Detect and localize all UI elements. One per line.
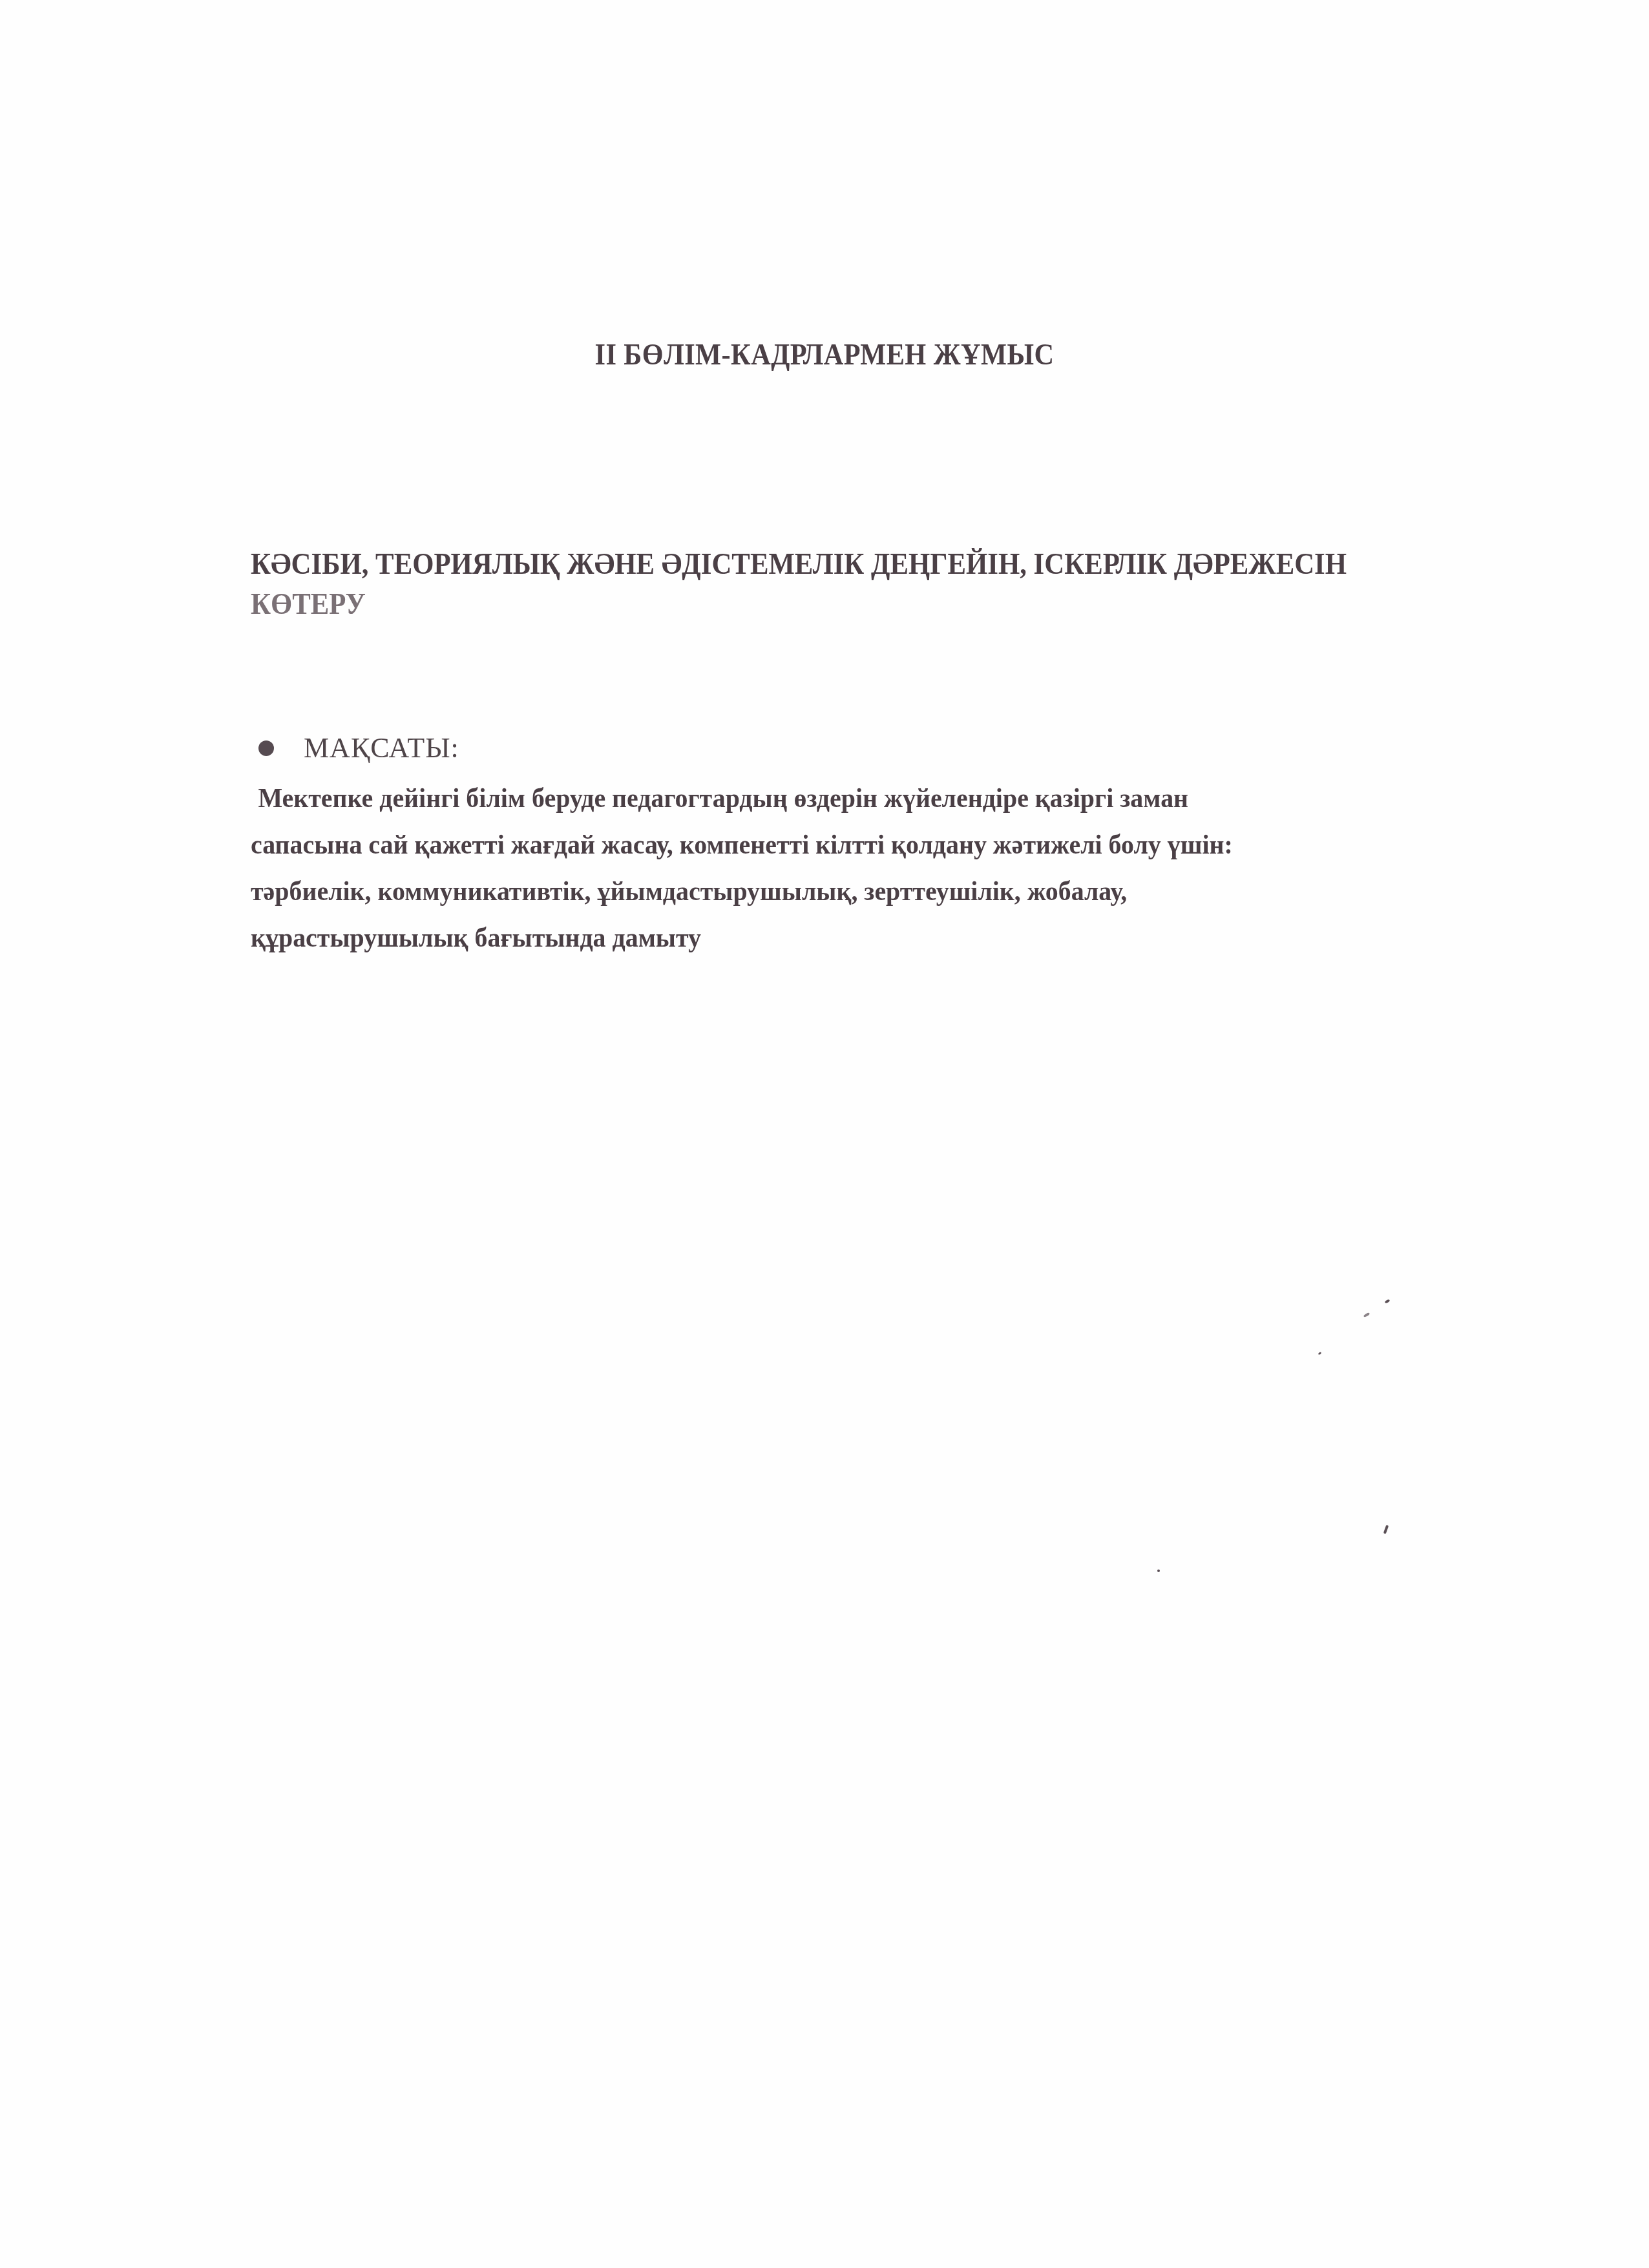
subtitle-line-2: КӨТЕРУ: [251, 584, 1465, 624]
goal-line: Мектепке дейінгі білім беруде педагогтар…: [251, 775, 1466, 822]
goal-line: сапасына сай қажетті жағдай жасау, компе…: [251, 822, 1466, 868]
bullet-icon: [258, 740, 274, 756]
document-page: II БӨЛІМ-КАДРЛАРМЕН ЖҰМЫС КӘСІБИ, ТЕОРИЯ…: [0, 0, 1649, 2268]
goal-heading-label: МАҚСАТЫ:: [304, 730, 459, 766]
goal-line: тәрбиелік, коммуникативтік, ұйымдастыруш…: [251, 868, 1466, 915]
goal-line: құрастырушылық бағытында дамыту: [251, 915, 1466, 961]
goal-heading: МАҚСАТЫ:: [251, 730, 1530, 766]
scan-speck: [1363, 1312, 1371, 1318]
scan-speck: [1383, 1525, 1389, 1535]
goal-description: Мектепке дейінгі білім беруде педагогтар…: [251, 775, 1466, 961]
scan-speck: [1318, 1352, 1322, 1355]
subtitle-heading: КӘСІБИ, ТЕОРИЯЛЫҚ ЖӘНЕ ӘДІСТЕМЕЛІК ДЕҢГЕ…: [251, 544, 1465, 624]
scan-speck: [1157, 1570, 1160, 1572]
section-title: II БӨЛІМ-КАДРЛАРМЕН ЖҰМЫС: [66, 337, 1583, 372]
subtitle-line-1: КӘСІБИ, ТЕОРИЯЛЫҚ ЖӘНЕ ӘДІСТЕМЕЛІК ДЕҢГЕ…: [251, 544, 1465, 584]
scan-speck: [1385, 1299, 1391, 1303]
goal-block: МАҚСАТЫ: Мектепке дейінгі білім беруде п…: [251, 730, 1530, 961]
